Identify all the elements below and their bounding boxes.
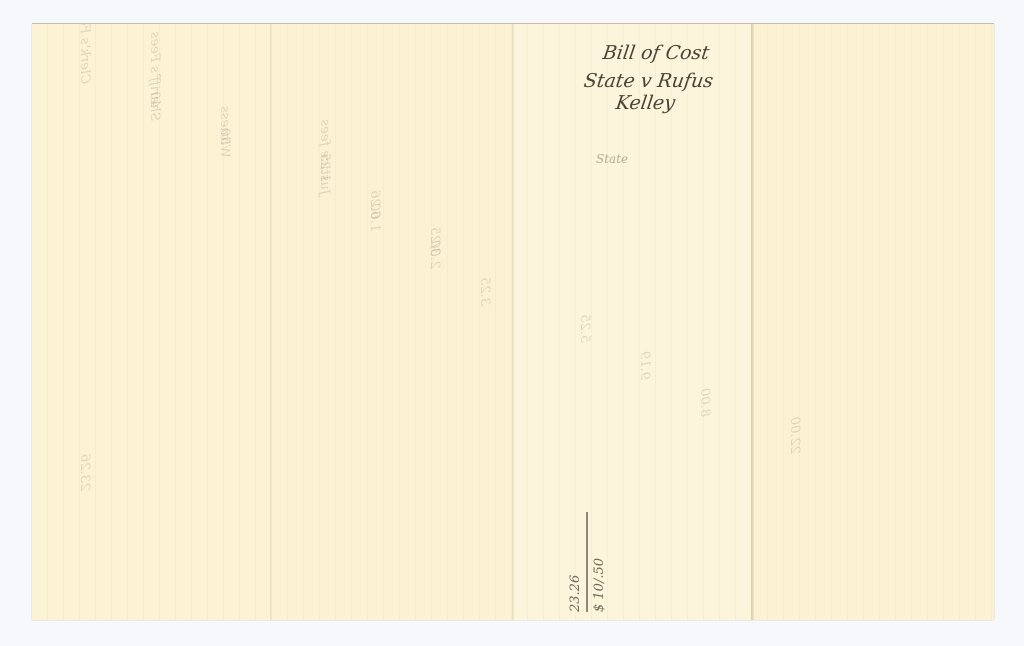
bleed-text: 40 <box>147 91 162 108</box>
bleed-text: 5.25 <box>577 314 592 343</box>
bleed-text: 23.26 <box>77 454 92 491</box>
bleed-text: 3/25 <box>427 227 442 256</box>
fold-line <box>751 24 754 620</box>
fold-line <box>270 24 272 620</box>
bleed-text: 22.00 <box>787 417 802 454</box>
bleed-text: 6.26 <box>367 190 382 219</box>
bleed-text: Clerk's Fees <box>77 24 92 84</box>
bleed-text: 1.25 <box>317 153 332 182</box>
document-sheet: Bill of Cost State v Rufus Kelley State … <box>32 24 994 620</box>
bleed-text: 50 <box>217 128 232 145</box>
bleed-text: 3.25 <box>477 277 492 306</box>
bleed-text: 8.00 <box>697 388 712 417</box>
bleed-text: 9.19 <box>637 351 652 380</box>
fold-line <box>512 24 514 620</box>
